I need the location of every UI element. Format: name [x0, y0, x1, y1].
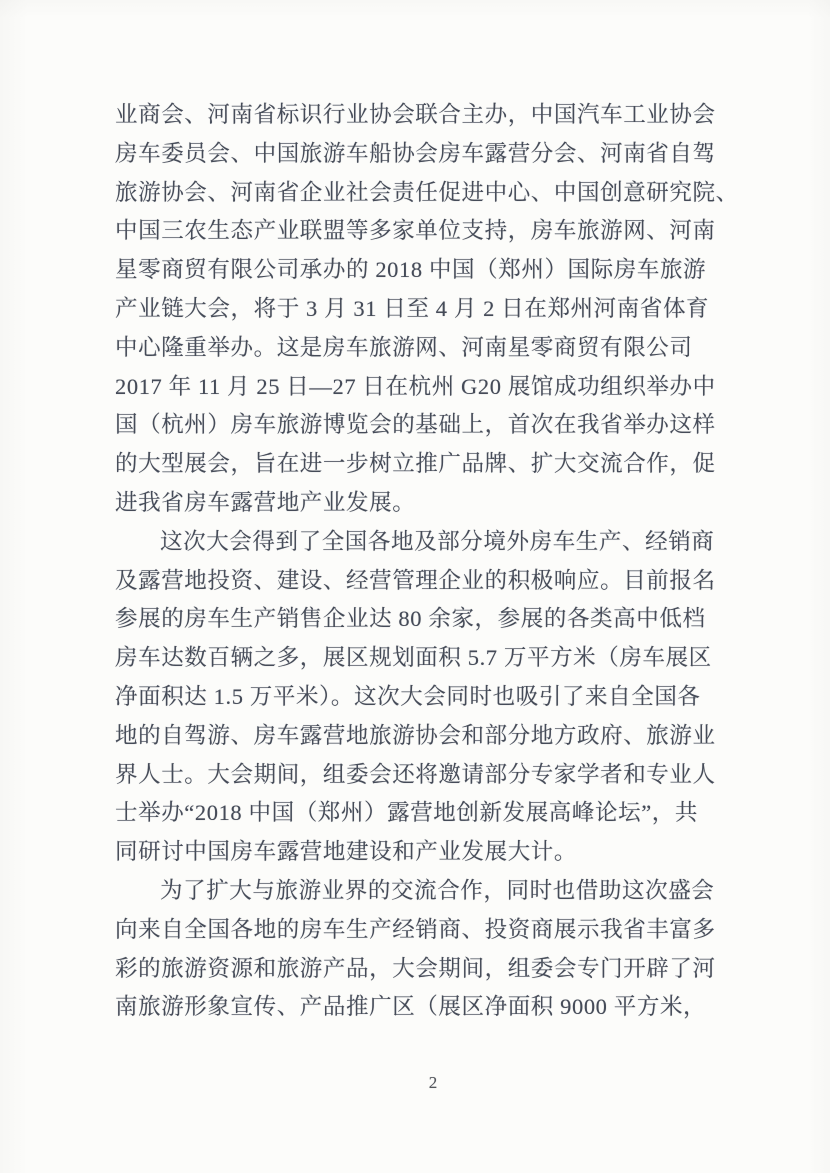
text-line: 净面积达 1.5 万平米）。这次大会同时也吸引了来自全国各: [115, 678, 755, 717]
text-line: 为了扩大与旅游业界的交流合作，同时也借助这次盛会: [115, 872, 755, 911]
text-line: 进我省房车露营地产业发展。: [115, 484, 755, 523]
document-page: 业商会、河南省标识行业协会联合主办，中国汽车工业协会房车委员会、中国旅游车船协会…: [0, 0, 830, 1173]
text-line: 及露营地投资、建设、经营管理企业的积极响应。目前报名: [115, 562, 755, 601]
text-line: 南旅游形象宣传、产品推广区（展区净面积 9000 平方米，: [115, 988, 755, 1027]
page-number: 2: [18, 1072, 830, 1094]
text-line: 产业链大会，将于 3 月 31 日至 4 月 2 日在郑州河南省体育: [115, 290, 755, 329]
body-text: 业商会、河南省标识行业协会联合主办，中国汽车工业协会房车委员会、中国旅游车船协会…: [115, 96, 755, 1027]
text-line: 向来自全国各地的房车生产经销商、投资商展示我省丰富多: [115, 911, 755, 950]
text-line: 中国三农生态产业联盟等多家单位支持，房车旅游网、河南: [115, 212, 755, 251]
text-line: 士举办“2018 中国（郑州）露营地创新发展高峰论坛”，共: [115, 794, 755, 833]
text-line: 国（杭州）房车旅游博览会的基础上，首次在我省举办这样: [115, 406, 755, 445]
text-line: 业商会、河南省标识行业协会联合主办，中国汽车工业协会: [115, 96, 755, 135]
text-line: 同研讨中国房车露营地建设和产业发展大计。: [115, 833, 755, 872]
text-line: 旅游协会、河南省企业社会责任促进中心、中国创意研究院、: [115, 174, 755, 213]
text-line: 中心隆重举办。这是房车旅游网、河南星零商贸有限公司: [115, 329, 755, 368]
text-line: 房车委员会、中国旅游车船协会房车露营分会、河南省自驾: [115, 135, 755, 174]
text-line: 彩的旅游资源和旅游产品，大会期间，组委会专门开辟了河: [115, 950, 755, 989]
text-line: 参展的房车生产销售企业达 80 余家，参展的各类高中低档: [115, 600, 755, 639]
text-line: 界人士。大会期间，组委会还将邀请部分专家学者和专业人: [115, 756, 755, 795]
text-line: 地的自驾游、房车露营地旅游协会和部分地方政府、旅游业: [115, 717, 755, 756]
text-line: 2017 年 11 月 25 日—27 日在杭州 G20 展馆成功组织举办中: [115, 368, 755, 407]
text-line: 这次大会得到了全国各地及部分境外房车生产、经销商: [115, 523, 755, 562]
text-line: 房车达数百辆之多，展区规划面积 5.7 万平方米（房车展区: [115, 639, 755, 678]
text-line: 的大型展会，旨在进一步树立推广品牌、扩大交流合作，促: [115, 445, 755, 484]
text-line: 星零商贸有限公司承办的 2018 中国（郑州）国际房车旅游: [115, 251, 755, 290]
